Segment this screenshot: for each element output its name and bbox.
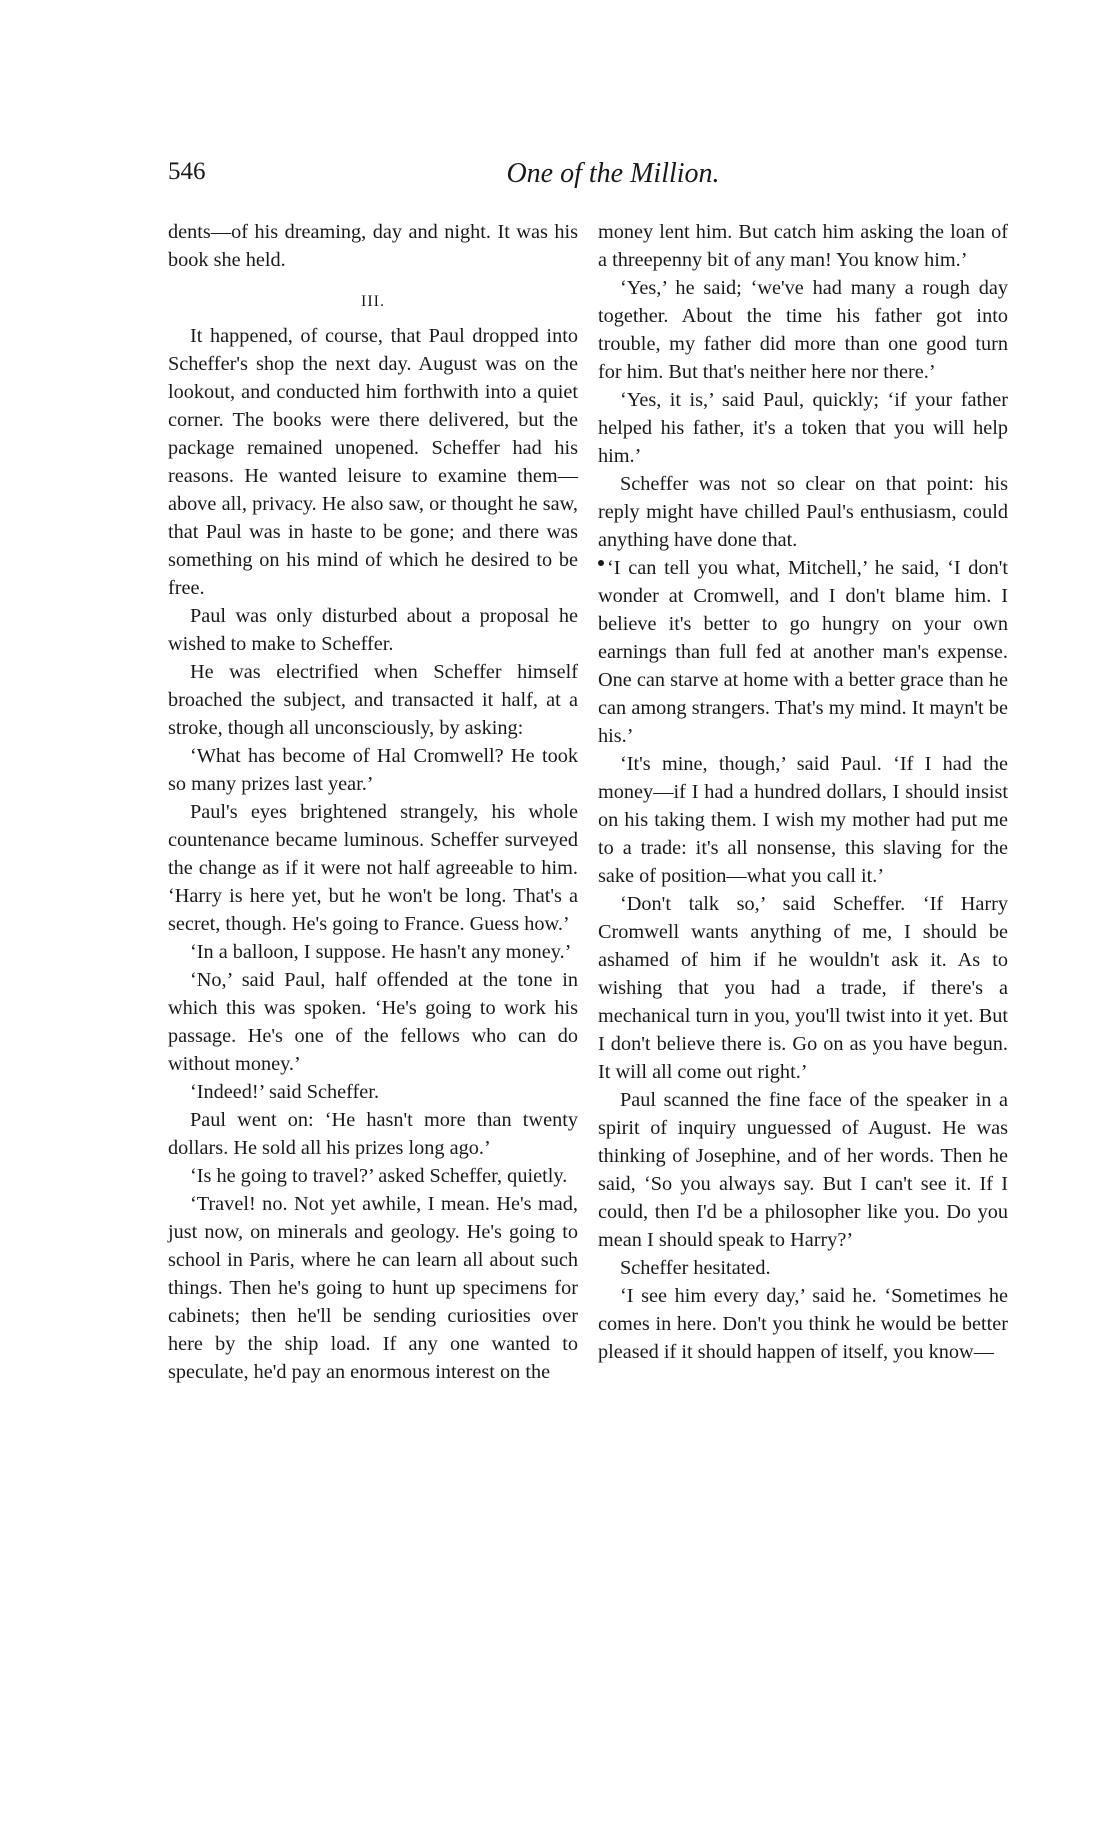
paragraph: Paul was only disturbed about a proposal… xyxy=(168,602,578,658)
bullet-mark-icon xyxy=(598,560,604,566)
paragraph: ‘What has become of Hal Cromwell? He too… xyxy=(168,742,578,798)
paragraph: ‘In a balloon, I suppose. He hasn't any … xyxy=(168,938,578,966)
paragraph: ‘Indeed!’ said Scheffer. xyxy=(168,1078,578,1106)
paragraph: Paul went on: ‘He hasn't more than twent… xyxy=(168,1106,578,1162)
running-title: One of the Million. xyxy=(168,158,1008,190)
paragraph: Paul scanned the fine face of the speake… xyxy=(598,1086,1008,1254)
page-header: 546 One of the Million. xyxy=(168,158,1008,198)
paragraph: ‘Don't talk so,’ said Scheffer. ‘If Harr… xyxy=(598,890,1008,1086)
paragraph: ‘Yes, it is,’ said Paul, quickly; ‘if yo… xyxy=(598,386,1008,470)
paragraph: Scheffer hesitated. xyxy=(598,1254,1008,1282)
paragraph: dents—of his dreaming, day and night. It… xyxy=(168,218,578,274)
paragraph: ‘I see him every day,’ said he. ‘Sometim… xyxy=(598,1282,1008,1366)
paragraph: It happened, of course, that Paul droppe… xyxy=(168,322,578,602)
paragraph: He was electrified when Scheffer himself… xyxy=(168,658,578,742)
left-column: dents—of his dreaming, day and night. It… xyxy=(168,218,578,1386)
paragraph: money lent him. But catch him asking the… xyxy=(598,218,1008,274)
right-column: money lent him. But catch him asking the… xyxy=(598,218,1008,1366)
paragraph: ‘It's mine, though,’ said Paul. ‘If I ha… xyxy=(598,750,1008,890)
paragraph: Paul's eyes brightened strangely, his wh… xyxy=(168,798,578,938)
paragraph: Scheffer was not so clear on that point:… xyxy=(598,470,1008,554)
paragraph: ‘Yes,’ he said; ‘we've had many a rough … xyxy=(598,274,1008,386)
paragraph: ‘No,’ said Paul, half offended at the to… xyxy=(168,966,578,1078)
paragraph: ‘Is he going to travel?’ asked Scheffer,… xyxy=(168,1162,578,1190)
paragraph: ‘Travel! no. Not yet awhile, I mean. He'… xyxy=(168,1190,578,1386)
paragraph-text: ‘I can tell you what, Mitchell,’ he said… xyxy=(598,557,1008,747)
section-heading: III. xyxy=(168,288,578,316)
paragraph-with-mark: ‘I can tell you what, Mitchell,’ he said… xyxy=(598,554,1008,750)
